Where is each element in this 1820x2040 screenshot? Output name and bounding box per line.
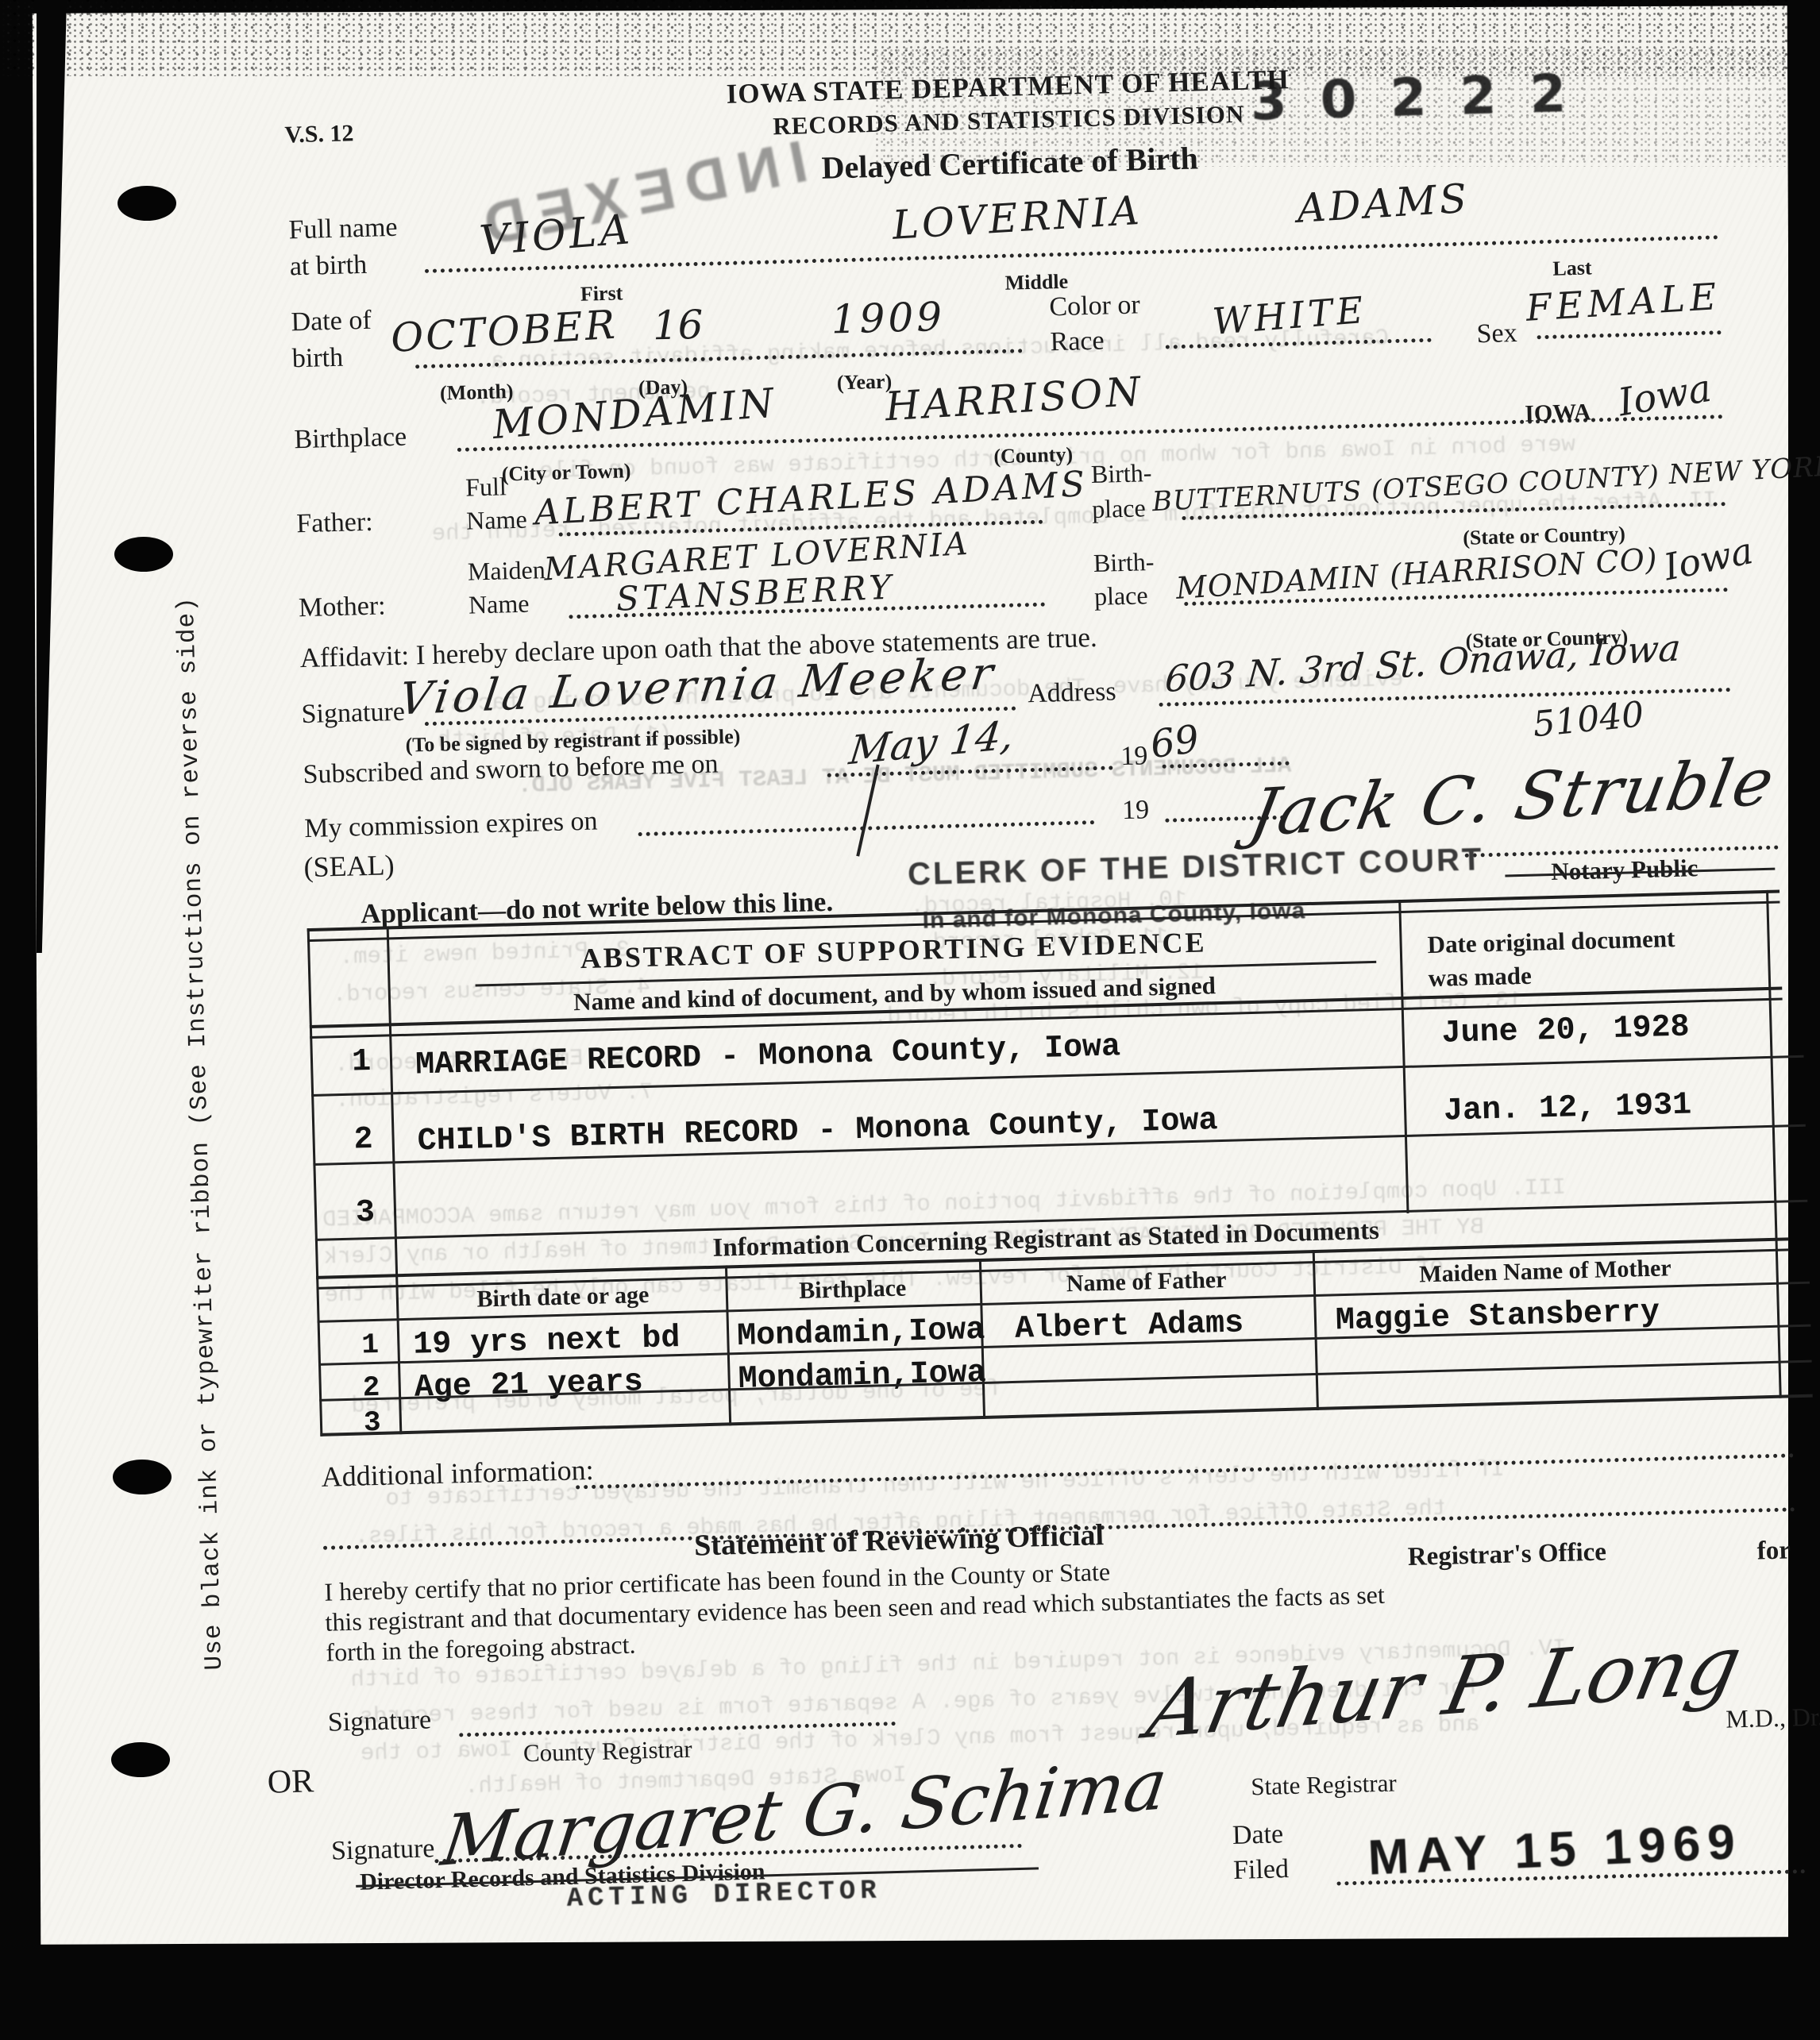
father-bp-label-line2: place [1092,493,1146,524]
father-name-label-line1: Full [465,472,507,502]
sublabel-city-or-town: (City or Town) [501,459,631,486]
registrant-signature-label: Signature [301,697,405,730]
sworn-year-printed: 19 [1120,741,1148,772]
father-label: Father: [296,507,373,540]
commission-year-printed: 19 [1122,795,1150,826]
state-registrar-credentials: M.D., Dr. P.H. [1726,1701,1820,1734]
director-signature-label: Signature [331,1834,435,1866]
sublabel-middle: Middle [1004,270,1068,295]
mother-bp-state-value: Iowa [1660,529,1756,588]
bleedthrough-text: 7. Voters registration. [335,1079,654,1113]
abstract-row-number: 2 [353,1122,373,1159]
father-name-label-line2: Name [466,505,527,536]
address-value: 603 N. 3rd St. Onawa, Iowa [1163,626,1682,700]
birthplace-county-value: Harrison [884,368,1145,430]
abstract-col2-header-line1: Date original document [1427,924,1675,959]
info-row-birthplace: Mondamin,Iowa [738,1356,986,1398]
full-name-last-value: Adams [1296,175,1471,232]
reviewing-line1-registrars-office: Registrar's Office [1407,1538,1606,1573]
table-left-border [307,928,323,1436]
county-signature-label: Signature [327,1705,431,1737]
dob-label-line2: birth [291,343,343,375]
birthplace-label: Birthplace [294,422,407,456]
address-zip-value: 51040 [1531,694,1645,745]
full-name-middle-value: Lovernia [891,187,1143,249]
info-row-number: 1 [361,1329,380,1362]
sworn-year-written: 69 [1147,717,1201,767]
sublabel-last: Last [1552,256,1592,280]
or-label: OR [267,1762,314,1802]
info-header-birthplace: Birthplace [729,1273,976,1306]
county-registrar-sublabel: County Registrar [522,1735,692,1768]
date-filed-label-line1: Date [1232,1819,1283,1851]
form-content: Carefully read all instructions before m… [0,0,1820,2040]
abstract-row-number: 1 [351,1044,371,1081]
birthplace-state-printed: IOWA [1525,399,1591,428]
full-name-label-line1: Full name [288,213,398,246]
abstract-col2-header-line2: was made [1428,962,1532,993]
state-registrar-sublabel: State Registrar [1251,1769,1397,1802]
table-date-divider [1398,900,1409,1213]
abstract-row-date: Jan. 12, 1931 [1444,1088,1692,1130]
reviewing-line1-for: for [1756,1536,1791,1566]
commission-label: My commission expires on [304,806,598,844]
full-name-label-line2: at birth [289,250,367,283]
margin-instruction-note: Use black ink or typewriter ribbon (See … [167,368,229,1671]
scanned-birth-certificate: { "colors": {"paper": "#f6f5f0", "ink": … [0,0,1820,2040]
abstract-row-date: June 20, 1928 [1441,1010,1690,1052]
mother-label: Mother: [299,591,387,623]
sex-label: Sex [1476,318,1517,349]
address-label: Address [1028,677,1116,709]
clerk-district-court-stamp: CLERK OF THE DISTRICT COURT [908,842,1484,893]
color-race-label-line2: Race [1050,326,1105,358]
dob-year-value: 1909 [831,294,946,343]
notary-signature-value: Jack C. Struble [1244,744,1781,852]
seal-label: (SEAL) [303,848,395,884]
dob-day-value: 16 [652,302,704,349]
additional-info-label: Additional information: [321,1453,594,1494]
date-filed-label-line2: Filed [1233,1854,1290,1886]
abstract-row-number: 3 [355,1195,375,1232]
form-number: V.S. 12 [284,120,354,148]
info-row-birthdate: Age 21 years [414,1364,643,1406]
sex-value: Female [1525,275,1722,330]
mother-bp-label-line2: place [1094,580,1148,611]
certificate-number-stamp: 30222 [1250,62,1600,132]
mother-name-label-line2: Name [468,589,530,620]
mother-name-label-line1: Maiden [467,555,546,587]
table-right-border [1766,890,1782,1398]
mother-bp-label-line1: Birth- [1093,547,1154,578]
dob-label-line1: Date of [291,306,372,338]
sex-line [1537,330,1722,339]
father-bp-label-line1: Birth- [1091,458,1152,489]
color-race-label-line1: Color or [1049,290,1140,322]
